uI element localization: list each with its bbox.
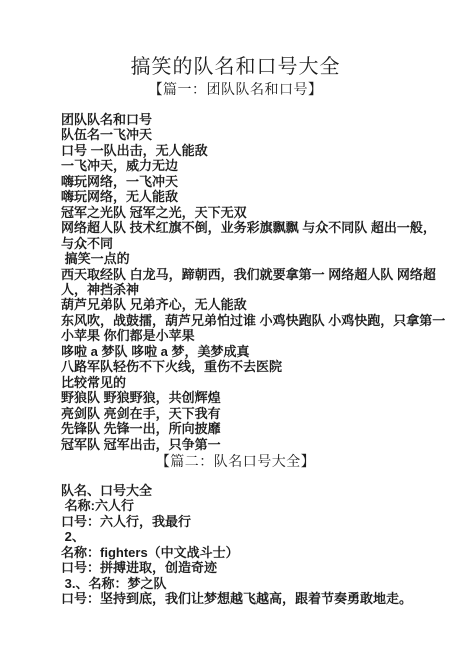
text-line: 搞笑一点的 xyxy=(61,251,447,266)
text-line: 先锋队 先锋一出，所向披靡 xyxy=(61,421,447,436)
text-line: 3.、名称：梦之队 xyxy=(61,576,447,591)
text-line: 人，神挡杀神 xyxy=(61,282,447,297)
text-line: 口号：拼搏进取，创造奇迹 xyxy=(61,560,447,575)
text-line: 口号：六人行，我最行 xyxy=(61,514,447,529)
document-title: 搞笑的队名和口号大全 xyxy=(0,55,471,79)
text-line: 冠军队 冠军出击，只争第一 xyxy=(61,437,447,452)
document-page: 搞笑的队名和口号大全 【篇一：团队队名和口号】 团队队名和口号队伍名一飞冲天口号… xyxy=(0,0,471,667)
text-line: 比较常见的 xyxy=(61,375,447,390)
text-line: 口号：坚持到底，我们让梦想越飞越高，跟着节奏勇敢地走。 xyxy=(61,591,447,606)
text-line: 网络超人队 技术红旗不倒，业务彩旗飘飘 与众不同队 超出一般， xyxy=(61,220,447,235)
text-line: 小苹果 你们都是小苹果 xyxy=(61,328,447,343)
text-line: 哆啦 a 梦队 哆啦 a 梦，美梦成真 xyxy=(61,344,447,359)
text-line: 嗨玩网络，一飞冲天 xyxy=(61,174,447,189)
text-line: 队伍名一飞冲天 xyxy=(61,127,447,142)
text-line: 2、 xyxy=(61,529,447,544)
text-line: 团队队名和口号 xyxy=(61,112,447,127)
text-line: 亮剑队 亮剑在手，天下我有 xyxy=(61,406,447,421)
text-line: 嗨玩网络，无人能敌 xyxy=(61,189,447,204)
section1-heading: 【篇一：团队队名和口号】 xyxy=(0,83,471,99)
text-line: 东风吹，战鼓擂，葫芦兄弟怕过谁 小鸡快跑队 小鸡快跑，只拿第一 xyxy=(61,313,447,328)
text-line: 八路军队轻伤不下火线，重伤不去医院 xyxy=(61,359,447,374)
text-line: 葫芦兄弟队 兄弟齐心，无人能敌 xyxy=(61,297,447,312)
text-line: 名称:六人行 xyxy=(61,498,447,513)
text-line: 一飞冲天，威力无边 xyxy=(61,158,447,173)
text-line: 野狼队 野狼野狼，共创辉煌 xyxy=(61,390,447,405)
text-line: 冠军之光队 冠军之光，天下无双 xyxy=(61,205,447,220)
section1-body: 团队队名和口号队伍名一飞冲天口号 一队出击，无人能敌一飞冲天，威力无边嗨玩网络，… xyxy=(0,112,471,452)
text-line: 名称：fighters（中文战斗士） xyxy=(61,545,447,560)
section2-heading: 【篇二：队名口号大全】 xyxy=(0,455,471,471)
text-line: 西天取经队 白龙马，蹄朝西，我们就要拿第一 网络超人队 网络超 xyxy=(61,267,447,282)
text-line: 口号 一队出击，无人能敌 xyxy=(61,143,447,158)
section2-body: 队名、口号大全 名称:六人行口号：六人行，我最行 2、名称：fighters（中… xyxy=(0,483,471,607)
text-line: 队名、口号大全 xyxy=(61,483,447,498)
text-line: 与众不同 xyxy=(61,236,447,251)
